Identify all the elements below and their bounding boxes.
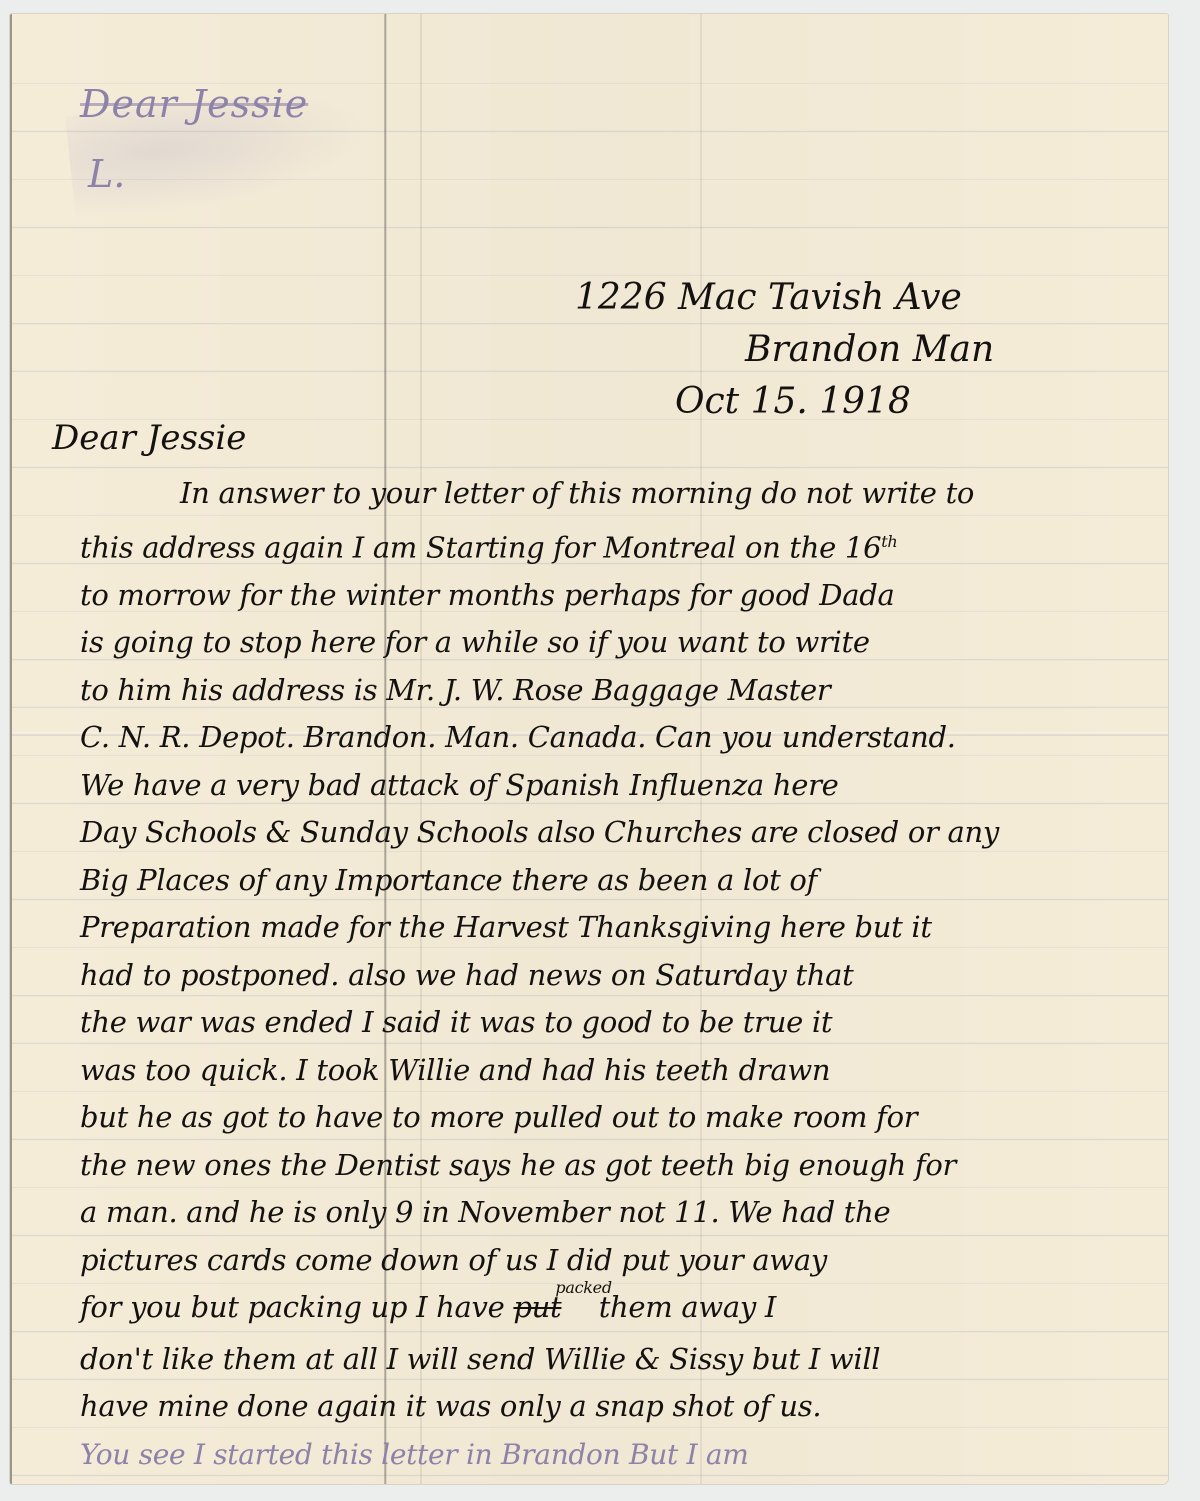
pencil-annotation-initial: L. bbox=[88, 152, 125, 196]
body-line: the new ones the Dentist says he as got … bbox=[80, 1142, 1160, 1190]
body-line: had to postponed. also we had news on Sa… bbox=[80, 952, 1160, 1000]
body-line: was too quick. I took Willie and had his… bbox=[80, 1047, 1160, 1095]
body-line: pictures cards come down of us I did put… bbox=[80, 1237, 1160, 1285]
body-line: the war was ended I said it was to good … bbox=[80, 999, 1160, 1047]
body-line: for you but packing up I have putpacked … bbox=[80, 1284, 1160, 1336]
body-line: but he as got to have to more pulled out… bbox=[80, 1094, 1160, 1142]
body-line: this address again I am Starting for Mon… bbox=[80, 518, 1160, 572]
body-line: C. N. R. Depot. Brandon. Man. Canada. Ca… bbox=[80, 714, 1160, 762]
letter-date: Oct 15. 1918 bbox=[575, 376, 994, 428]
pencil-annotation-note: Dear Jessie bbox=[80, 82, 308, 126]
sender-address-block: 1226 Mac Tavish Ave Brandon Man Oct 15. … bbox=[575, 272, 994, 428]
body-line: In answer to your letter of this morning… bbox=[80, 470, 1160, 518]
address-street: 1226 Mac Tavish Ave bbox=[575, 272, 994, 324]
body-line-text: for you but packing up I have bbox=[80, 1290, 504, 1324]
body-line: Day Schools & Sunday Schools also Church… bbox=[80, 809, 1160, 857]
letter-body: In answer to your letter of this morning… bbox=[80, 470, 1160, 1478]
body-line: is going to stop here for a while so if … bbox=[80, 619, 1160, 667]
inserted-word: packed bbox=[555, 1278, 611, 1297]
address-city: Brandon Man bbox=[575, 324, 994, 376]
ordinal-superscript: th bbox=[881, 532, 897, 551]
body-line: Big Places of any Importance there as be… bbox=[80, 857, 1160, 905]
body-line: have mine done again it was only a snap … bbox=[80, 1383, 1160, 1431]
body-line-text: this address again I am Starting for Mon… bbox=[80, 530, 881, 564]
body-line: to morrow for the winter months perhaps … bbox=[80, 572, 1160, 620]
body-line-text: them away I bbox=[599, 1290, 776, 1324]
body-line-pencil: You see I started this letter in Brandon… bbox=[80, 1431, 1160, 1479]
salutation: Dear Jessie bbox=[52, 418, 246, 458]
body-line: to him his address is Mr. J. W. Rose Bag… bbox=[80, 667, 1160, 715]
body-line: a man. and he is only 9 in November not … bbox=[80, 1189, 1160, 1237]
body-line: don't like them at all I will send Willi… bbox=[80, 1336, 1160, 1384]
body-line: We have a very bad attack of Spanish Inf… bbox=[80, 762, 1160, 810]
body-line: Preparation made for the Harvest Thanksg… bbox=[80, 904, 1160, 952]
